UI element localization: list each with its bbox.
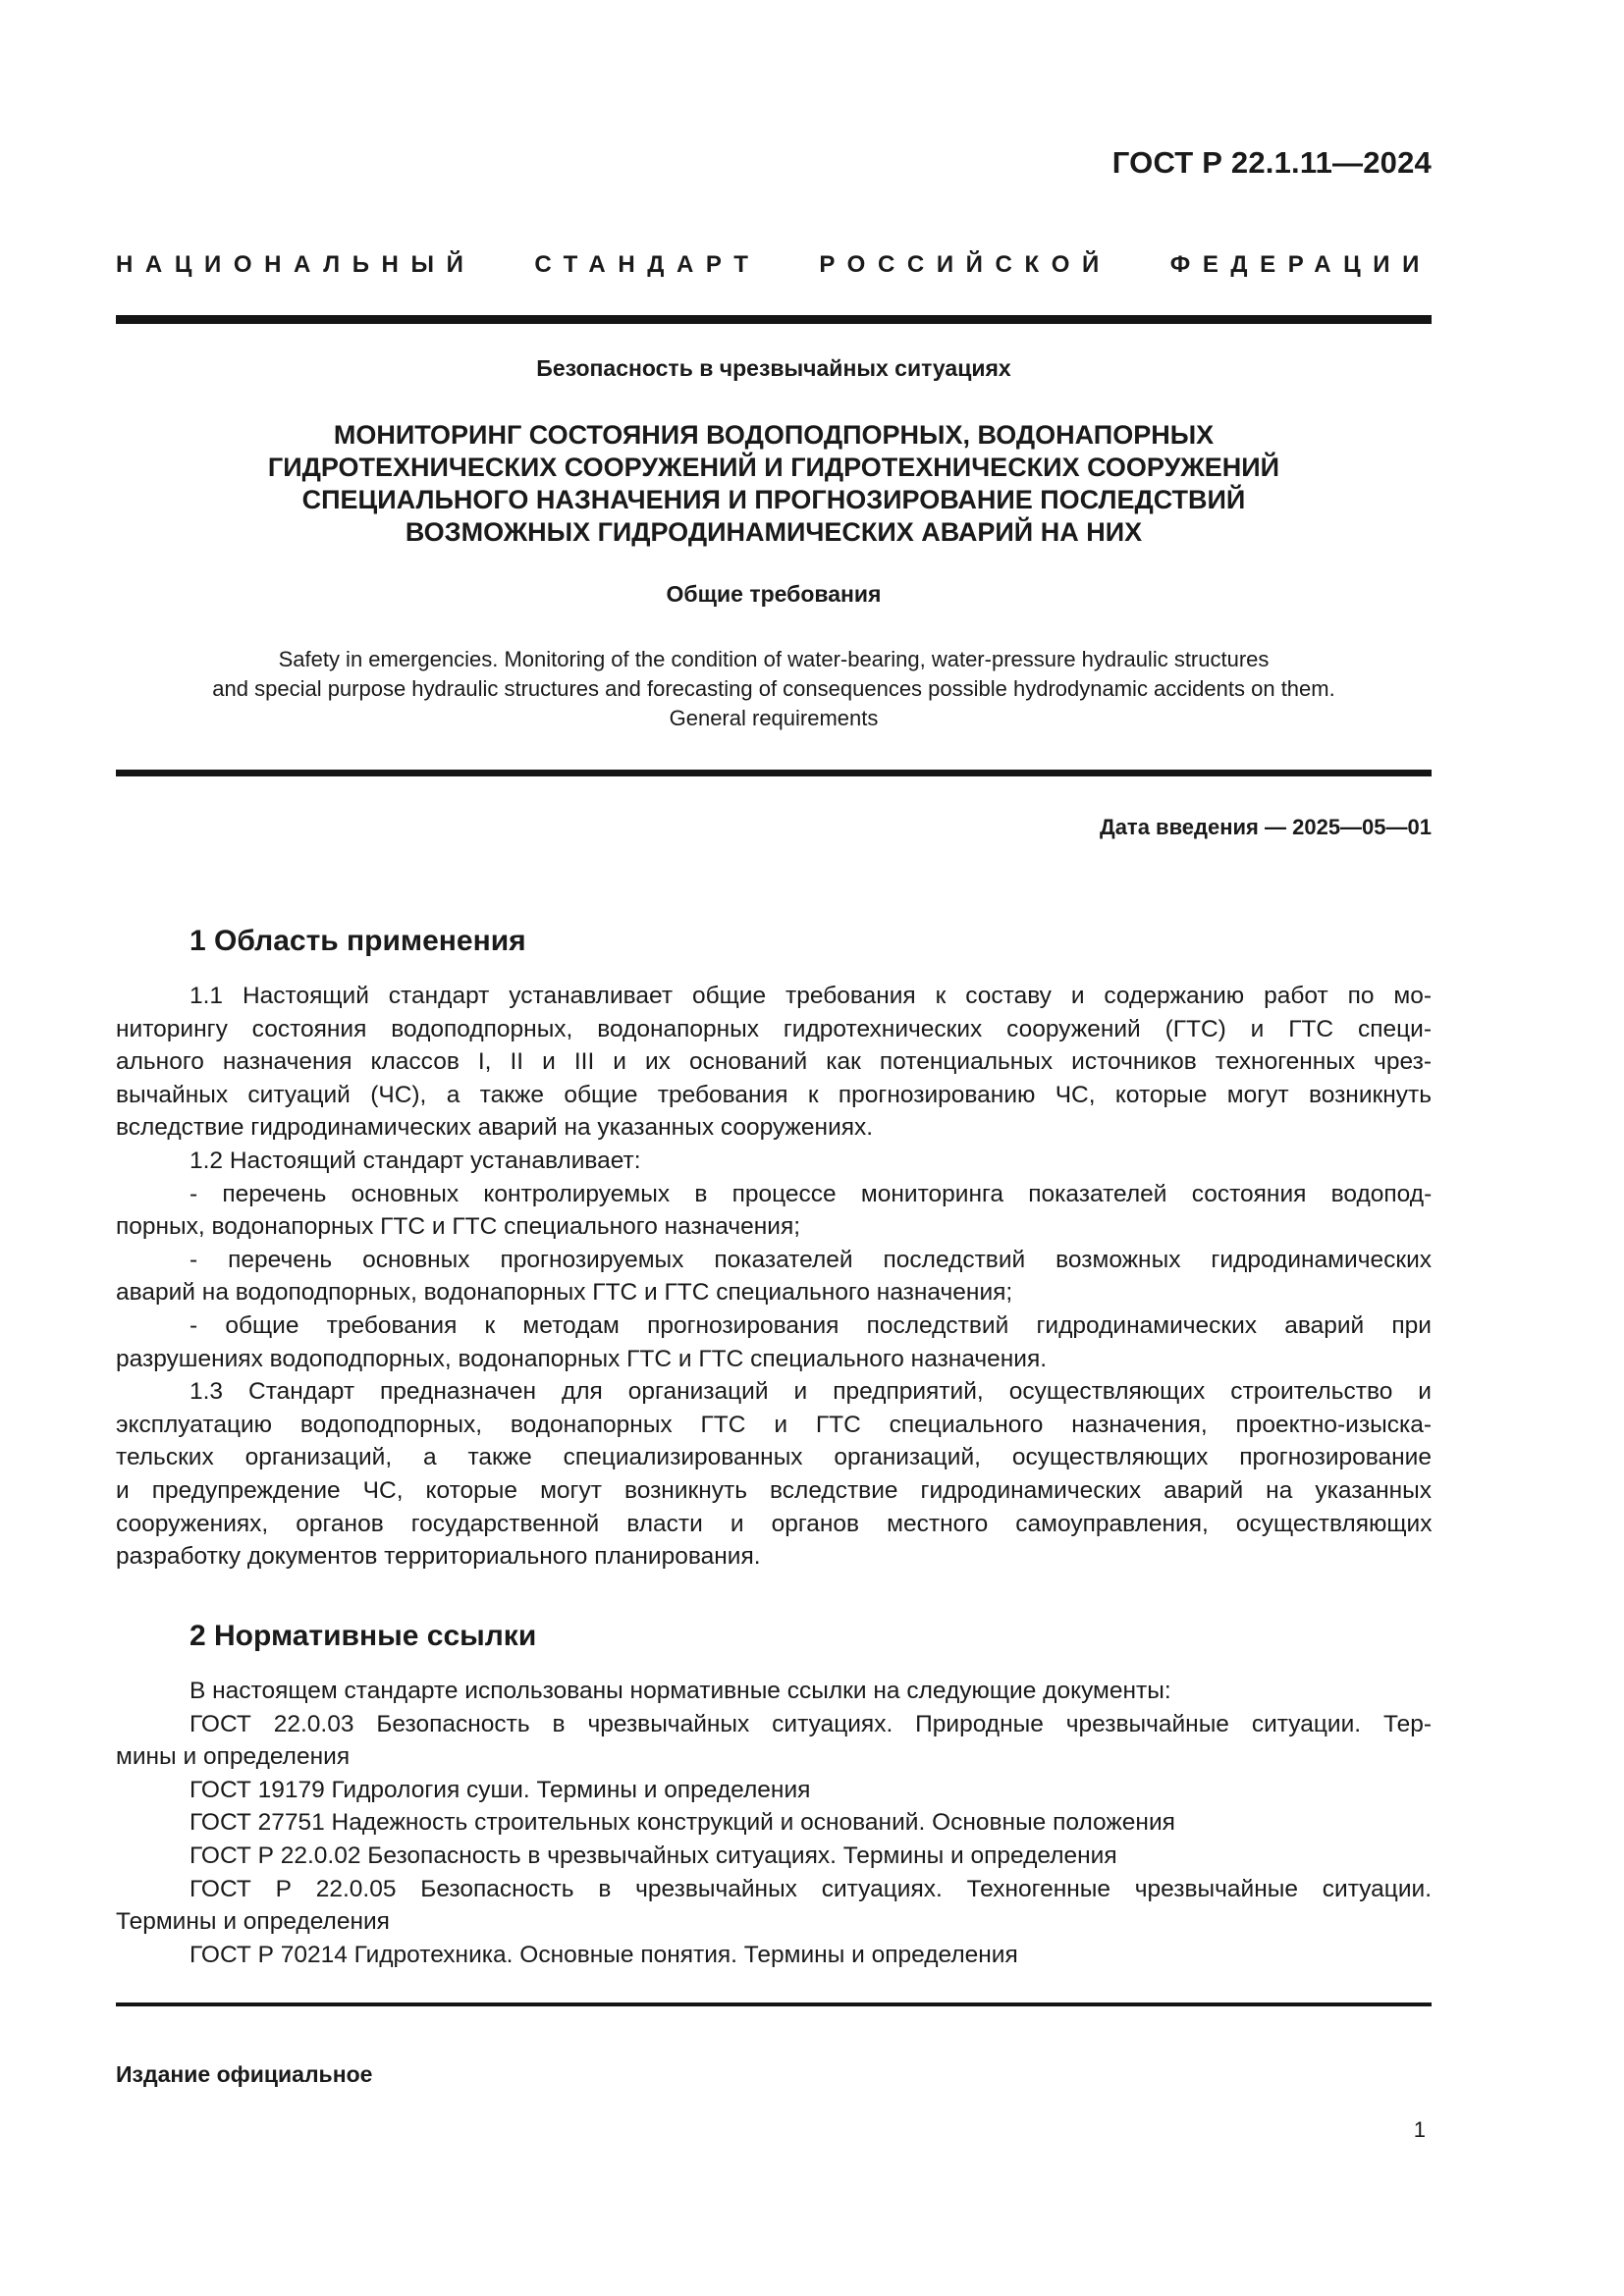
footer-rule-divider <box>116 2002 1432 2006</box>
english-title-line: General requirements <box>116 704 1432 733</box>
body-text-line: ГОСТ Р 70214 Гидротехника. Основные поня… <box>116 1939 1432 1972</box>
national-standard-label: НАЦИОНАЛЬНЫЙ СТАНДАРТ РОССИЙСКОЙ ФЕДЕРАЦ… <box>116 251 1432 279</box>
body-text-line: порных, водонапорных ГТС и ГТС специальн… <box>116 1210 1432 1244</box>
main-title-line: МОНИТОРИНГ СОСТОЯНИЯ ВОДОПОДПОРНЫХ, ВОДО… <box>116 419 1432 452</box>
body-text-line: В настоящем стандарте использованы норма… <box>116 1675 1432 1708</box>
body-text-line: и предупреждение ЧС, которые могут возни… <box>116 1474 1432 1508</box>
subtitle: Общие требования <box>116 581 1432 608</box>
section-1-heading: 1 Область применения <box>189 925 526 958</box>
body-text-line: ального назначения классов I, II и III и… <box>116 1045 1432 1079</box>
body-text-line: ГОСТ 22.0.03 Безопасность в чрезвычайных… <box>116 1708 1432 1741</box>
body-text-line: сооружениях, органов государственной вла… <box>116 1508 1432 1541</box>
body-text-line: ГОСТ Р 22.0.02 Безопасность в чрезвычайн… <box>116 1840 1432 1873</box>
body-text-line: - перечень основных прогнозируемых показ… <box>116 1244 1432 1277</box>
body-text-line: 1.2 Настоящий стандарт устанавливает: <box>116 1145 1432 1178</box>
section-1-body: 1.1 Настоящий стандарт устанавливает общ… <box>116 980 1432 1574</box>
title-rule-divider <box>116 770 1432 776</box>
body-text-line: 1.3 Стандарт предназначен для организаци… <box>116 1375 1432 1409</box>
body-text-line: мины и определения <box>116 1740 1432 1774</box>
english-title-line: and special purpose hydraulic structures… <box>116 674 1432 704</box>
introduction-date: Дата введения — 2025—05—01 <box>1100 815 1432 840</box>
main-title-line: ГИДРОТЕХНИЧЕСКИХ СООРУЖЕНИЙ И ГИДРОТЕХНИ… <box>116 452 1432 484</box>
body-text-line: Термины и определения <box>116 1905 1432 1939</box>
body-text-line: ГОСТ 19179 Гидрология суши. Термины и оп… <box>116 1774 1432 1807</box>
body-text-line: эксплуатацию водоподпорных, водонапорных… <box>116 1409 1432 1442</box>
body-text-line: разработку документов территориального п… <box>116 1540 1432 1574</box>
body-text-line: аварий на водоподпорных, водонапорных ГТ… <box>116 1276 1432 1309</box>
section-2-body: В настоящем стандарте использованы норма… <box>116 1675 1432 1971</box>
english-title-line: Safety in emergencies. Monitoring of the… <box>116 645 1432 674</box>
body-text-line: ГОСТ Р 22.0.05 Безопасность в чрезвычайн… <box>116 1873 1432 1906</box>
body-text-line: ниторингу состояния водоподпорных, водон… <box>116 1013 1432 1046</box>
main-title-line: ВОЗМОЖНЫХ ГИДРОДИНАМИЧЕСКИХ АВАРИЙ НА НИ… <box>116 516 1432 549</box>
body-text-line: тельских организаций, а также специализи… <box>116 1441 1432 1474</box>
body-text-line: - общие требования к методам прогнозиров… <box>116 1309 1432 1343</box>
section-2-heading: 2 Нормативные ссылки <box>189 1620 536 1653</box>
main-title: МОНИТОРИНГ СОСТОЯНИЯ ВОДОПОДПОРНЫХ, ВОДО… <box>116 419 1432 549</box>
page-number: 1 <box>1414 2117 1426 2143</box>
body-text-line: разрушениях водоподпорных, водонапорных … <box>116 1343 1432 1376</box>
body-text-line: вследствие гидродинамических аварий на у… <box>116 1111 1432 1145</box>
top-rule-divider <box>116 315 1432 324</box>
body-text-line: вычайных ситуаций (ЧС), а также общие тр… <box>116 1079 1432 1112</box>
body-text-line: 1.1 Настоящий стандарт устанавливает общ… <box>116 980 1432 1013</box>
standard-series: Безопасность в чрезвычайных ситуациях <box>116 355 1432 382</box>
body-text-line: - перечень основных контролируемых в про… <box>116 1178 1432 1211</box>
official-edition-label: Издание официальное <box>116 2061 372 2088</box>
document-code: ГОСТ Р 22.1.11—2024 <box>1112 145 1432 181</box>
main-title-line: СПЕЦИАЛЬНОГО НАЗНАЧЕНИЯ И ПРОГНОЗИРОВАНИ… <box>116 484 1432 516</box>
body-text-line: ГОСТ 27751 Надежность строительных конст… <box>116 1806 1432 1840</box>
english-title: Safety in emergencies. Monitoring of the… <box>116 645 1432 733</box>
